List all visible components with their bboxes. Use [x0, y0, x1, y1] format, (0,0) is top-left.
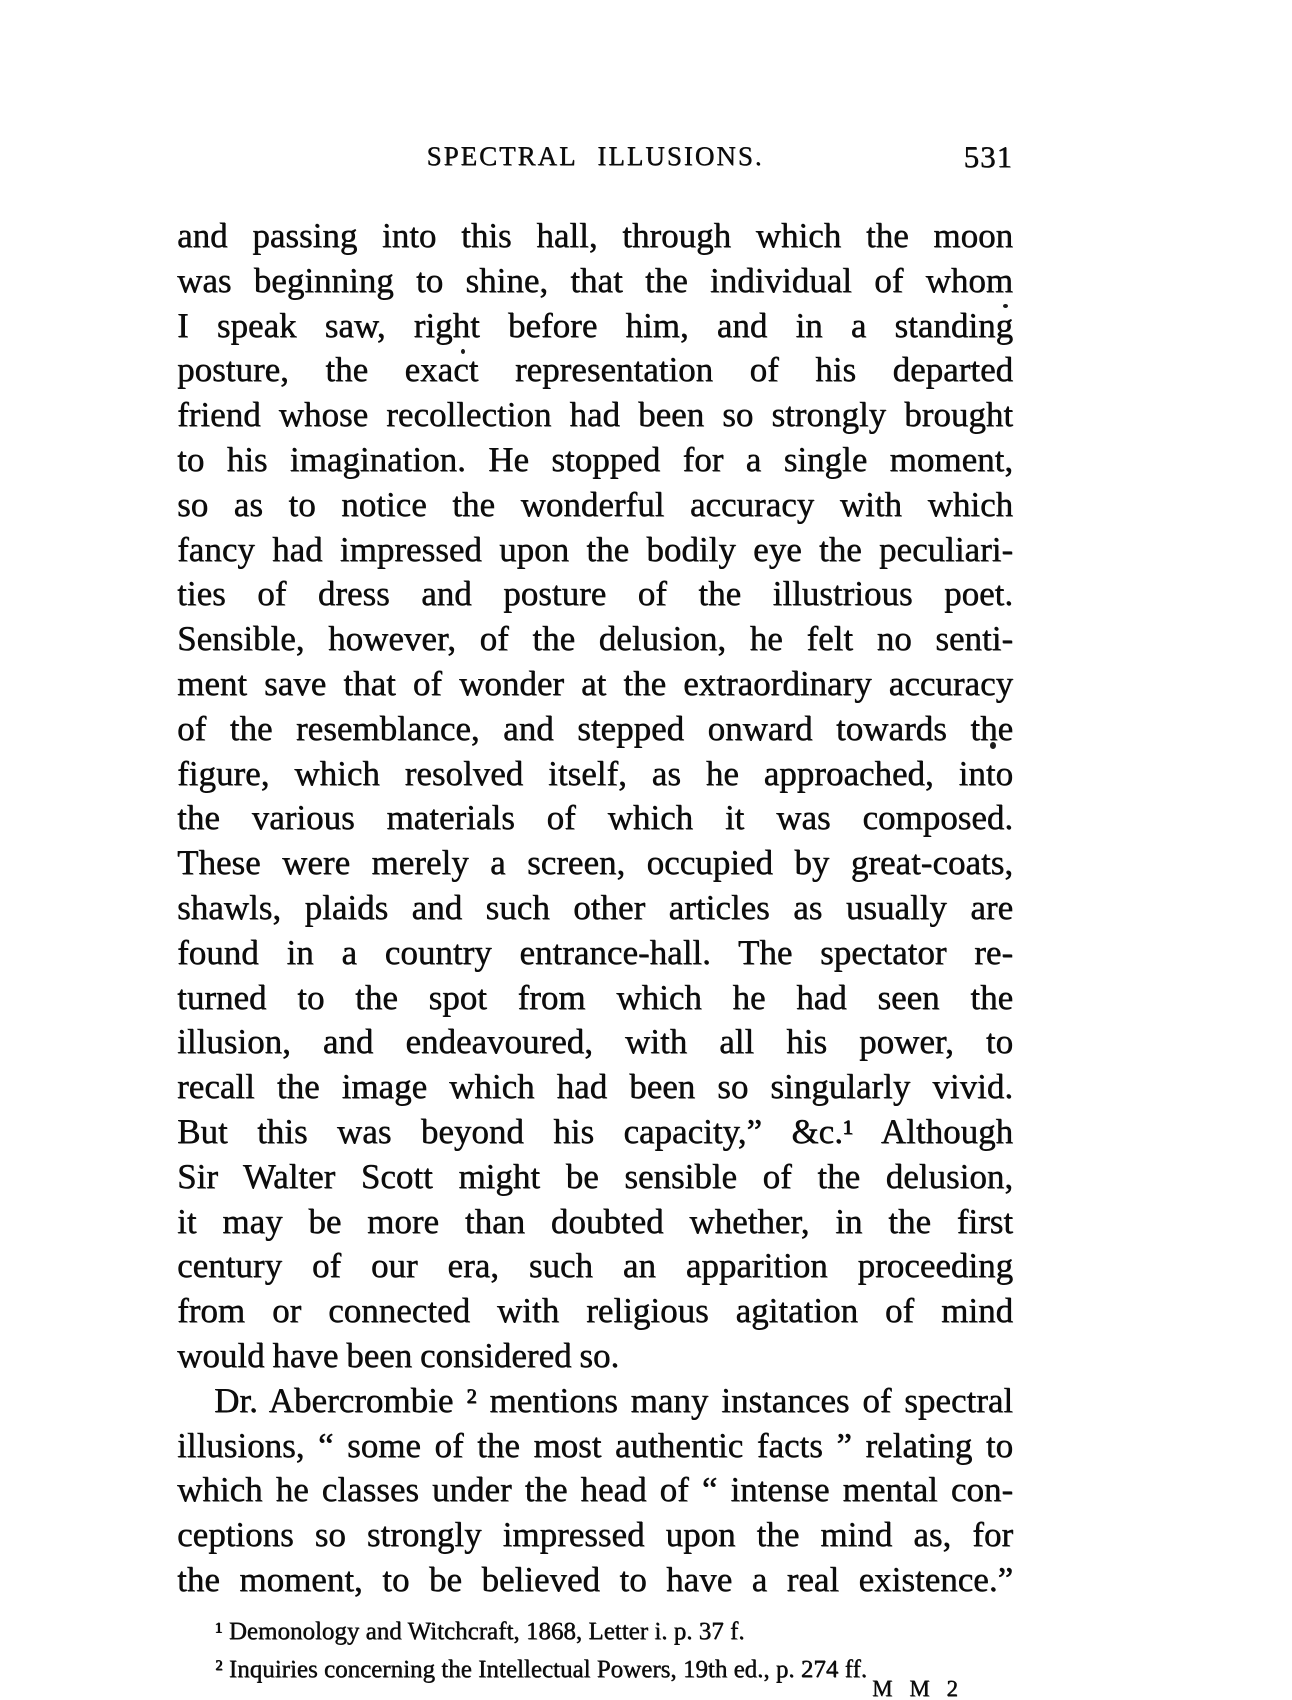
ink-speck — [990, 742, 996, 749]
body-text-line-paragraph-end: would have been considered so. — [177, 1334, 1013, 1379]
body-text-line: Sir Walter Scott might be sensible of th… — [177, 1155, 1013, 1200]
footnote-1: ¹ Demonology and Witchcraft, 1868, Lette… — [215, 1613, 1025, 1651]
body-text-line: shawls, plaids and such other articles a… — [177, 886, 1013, 931]
body-text-line: posture, the exact representation of his… — [177, 348, 1013, 393]
page-body: and passing into this hall, through whic… — [177, 214, 1013, 1603]
body-text-line: was beginning to shine, that the individ… — [177, 259, 1013, 304]
body-text-line: ceptions so strongly impressed upon the … — [177, 1513, 1013, 1558]
body-text-line: found in a country entrance-hall. The sp… — [177, 931, 1013, 976]
ink-speck — [1003, 304, 1008, 308]
body-text-line: the moment, to be believed to have a rea… — [177, 1558, 1013, 1603]
running-title: SPECTRAL ILLUSIONS. — [177, 141, 1013, 172]
body-text-line: I speak saw, right before him, and in a … — [177, 304, 1013, 349]
page-header: SPECTRAL ILLUSIONS. 531 — [177, 141, 1013, 177]
body-text-line: and passing into this hall, through whic… — [177, 214, 1013, 259]
body-text-line-paragraph-start: Dr. Abercrombie ² mentions many instance… — [177, 1379, 1013, 1424]
body-text-line: to his imagination. He stopped for a sin… — [177, 438, 1013, 483]
body-text-line: of the resemblance, and stepped onward t… — [177, 707, 1013, 752]
body-text-line: the various materials of which it was co… — [177, 796, 1013, 841]
body-text-line: so as to notice the wonderful accuracy w… — [177, 483, 1013, 528]
body-text-line: turned to the spot from which he had see… — [177, 976, 1013, 1021]
body-text-line: illusion, and endeavoured, with all his … — [177, 1020, 1013, 1065]
body-text-line: fancy had impressed upon the bodily eye … — [177, 528, 1013, 573]
ink-speck — [461, 349, 465, 354]
body-text-line: recall the image which had been so singu… — [177, 1065, 1013, 1110]
body-text-line: figure, which resolved itself, as he app… — [177, 752, 1013, 797]
body-text-line: But this was beyond his capacity,” &c.¹ … — [177, 1110, 1013, 1155]
body-text-line: Sensible, however, of the delusion, he f… — [177, 617, 1013, 662]
body-text-line: illusions, “ some of the most authentic … — [177, 1424, 1013, 1469]
book-page: SPECTRAL ILLUSIONS. 531 and passing into… — [0, 0, 1292, 1700]
body-text-line: which he classes under the head of “ int… — [177, 1468, 1013, 1513]
body-text-line: These were merely a screen, occupied by … — [177, 841, 1013, 886]
body-text-line: from or connected with religious agitati… — [177, 1289, 1013, 1334]
printer-signature-mark: M M 2 — [872, 1676, 961, 1700]
body-text-line: ment save that of wonder at the extraord… — [177, 662, 1013, 707]
page-number: 531 — [964, 139, 1014, 175]
body-text-line: friend whose recollection had been so st… — [177, 393, 1013, 438]
body-text-line: it may be more than doubted whether, in … — [177, 1200, 1013, 1245]
body-text-line: ties of dress and posture of the illustr… — [177, 572, 1013, 617]
body-text-line: century of our era, such an apparition p… — [177, 1244, 1013, 1289]
